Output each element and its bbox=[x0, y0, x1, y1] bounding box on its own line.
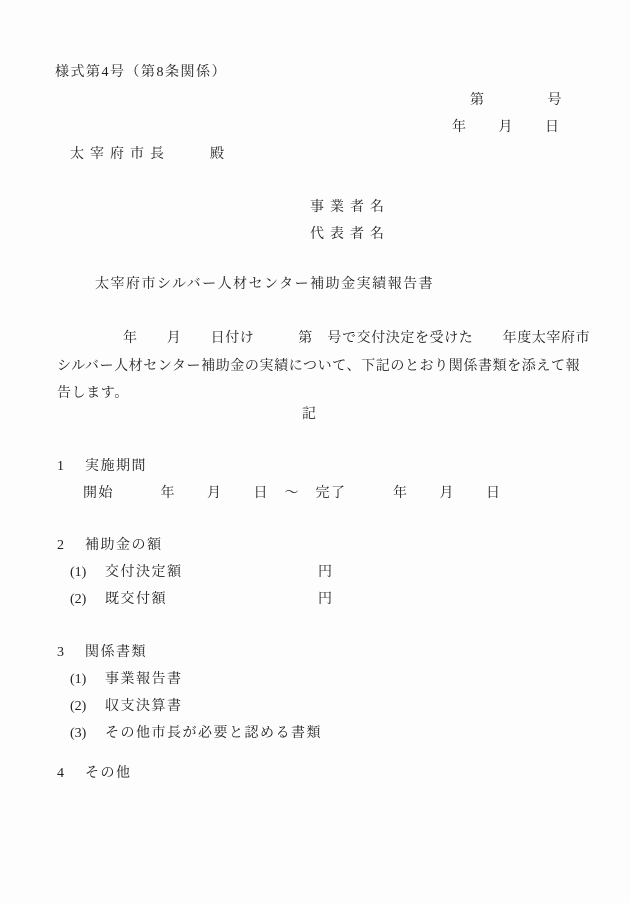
section-3-item-1-label: 事業報告書 bbox=[105, 672, 183, 689]
section-2-item-1-unit: 円 bbox=[318, 565, 334, 582]
body-line-2: シルバー人材センター補助金の実績について、下記のとおり関係書類を添えて報 bbox=[57, 359, 580, 376]
ki-marker: 記 bbox=[302, 407, 318, 424]
document-number-line: 第 号 bbox=[470, 93, 563, 110]
business-name-label: 事業者名 bbox=[310, 200, 390, 217]
section-3-item-3-label: その他市長が必要と認める書類 bbox=[105, 726, 322, 743]
section-2-item-2-label: 既交付額 bbox=[105, 592, 167, 609]
document-page: 様式第4号（第8条関係） 第 号 年 月 日 太宰府市長 殿 事業者名 代表者名… bbox=[0, 0, 630, 903]
section-1-number: 1 bbox=[57, 459, 64, 476]
section-3-title: 関係書類 bbox=[85, 645, 147, 662]
section-2-item-2-number: (2) bbox=[70, 592, 86, 609]
addressee-line: 太宰府市長 殿 bbox=[70, 147, 230, 164]
section-2-item-1-number: (1) bbox=[70, 565, 86, 582]
date-line: 年 月 日 bbox=[452, 120, 561, 137]
section-2-item-2-unit: 円 bbox=[318, 592, 334, 609]
representative-name-label: 代表者名 bbox=[310, 227, 390, 244]
section-2-title: 補助金の額 bbox=[85, 538, 163, 555]
body-line-1: 年 月 日付け 第 号で交付決定を受けた 年度太宰府市 bbox=[123, 331, 590, 348]
document-title: 太宰府市シルバー人材センター補助金実績報告書 bbox=[95, 277, 434, 294]
section-4-title: その他 bbox=[85, 766, 132, 783]
section-2-item-1-label: 交付決定額 bbox=[105, 565, 183, 582]
form-number: 様式第4号（第8条関係） bbox=[55, 65, 227, 82]
section-4-number: 4 bbox=[57, 766, 64, 783]
section-2-number: 2 bbox=[57, 538, 64, 555]
section-3-item-2-label: 収支決算書 bbox=[105, 699, 183, 716]
section-1-period-line: 開始 年 月 日 〜 完了 年 月 日 bbox=[83, 486, 502, 503]
section-3-item-2-number: (2) bbox=[70, 699, 86, 716]
body-line-3: 告します。 bbox=[57, 386, 129, 403]
section-1-title: 実施期間 bbox=[85, 459, 147, 476]
section-3-item-1-number: (1) bbox=[70, 672, 86, 689]
section-3-number: 3 bbox=[57, 645, 64, 662]
section-3-item-3-number: (3) bbox=[70, 726, 86, 743]
